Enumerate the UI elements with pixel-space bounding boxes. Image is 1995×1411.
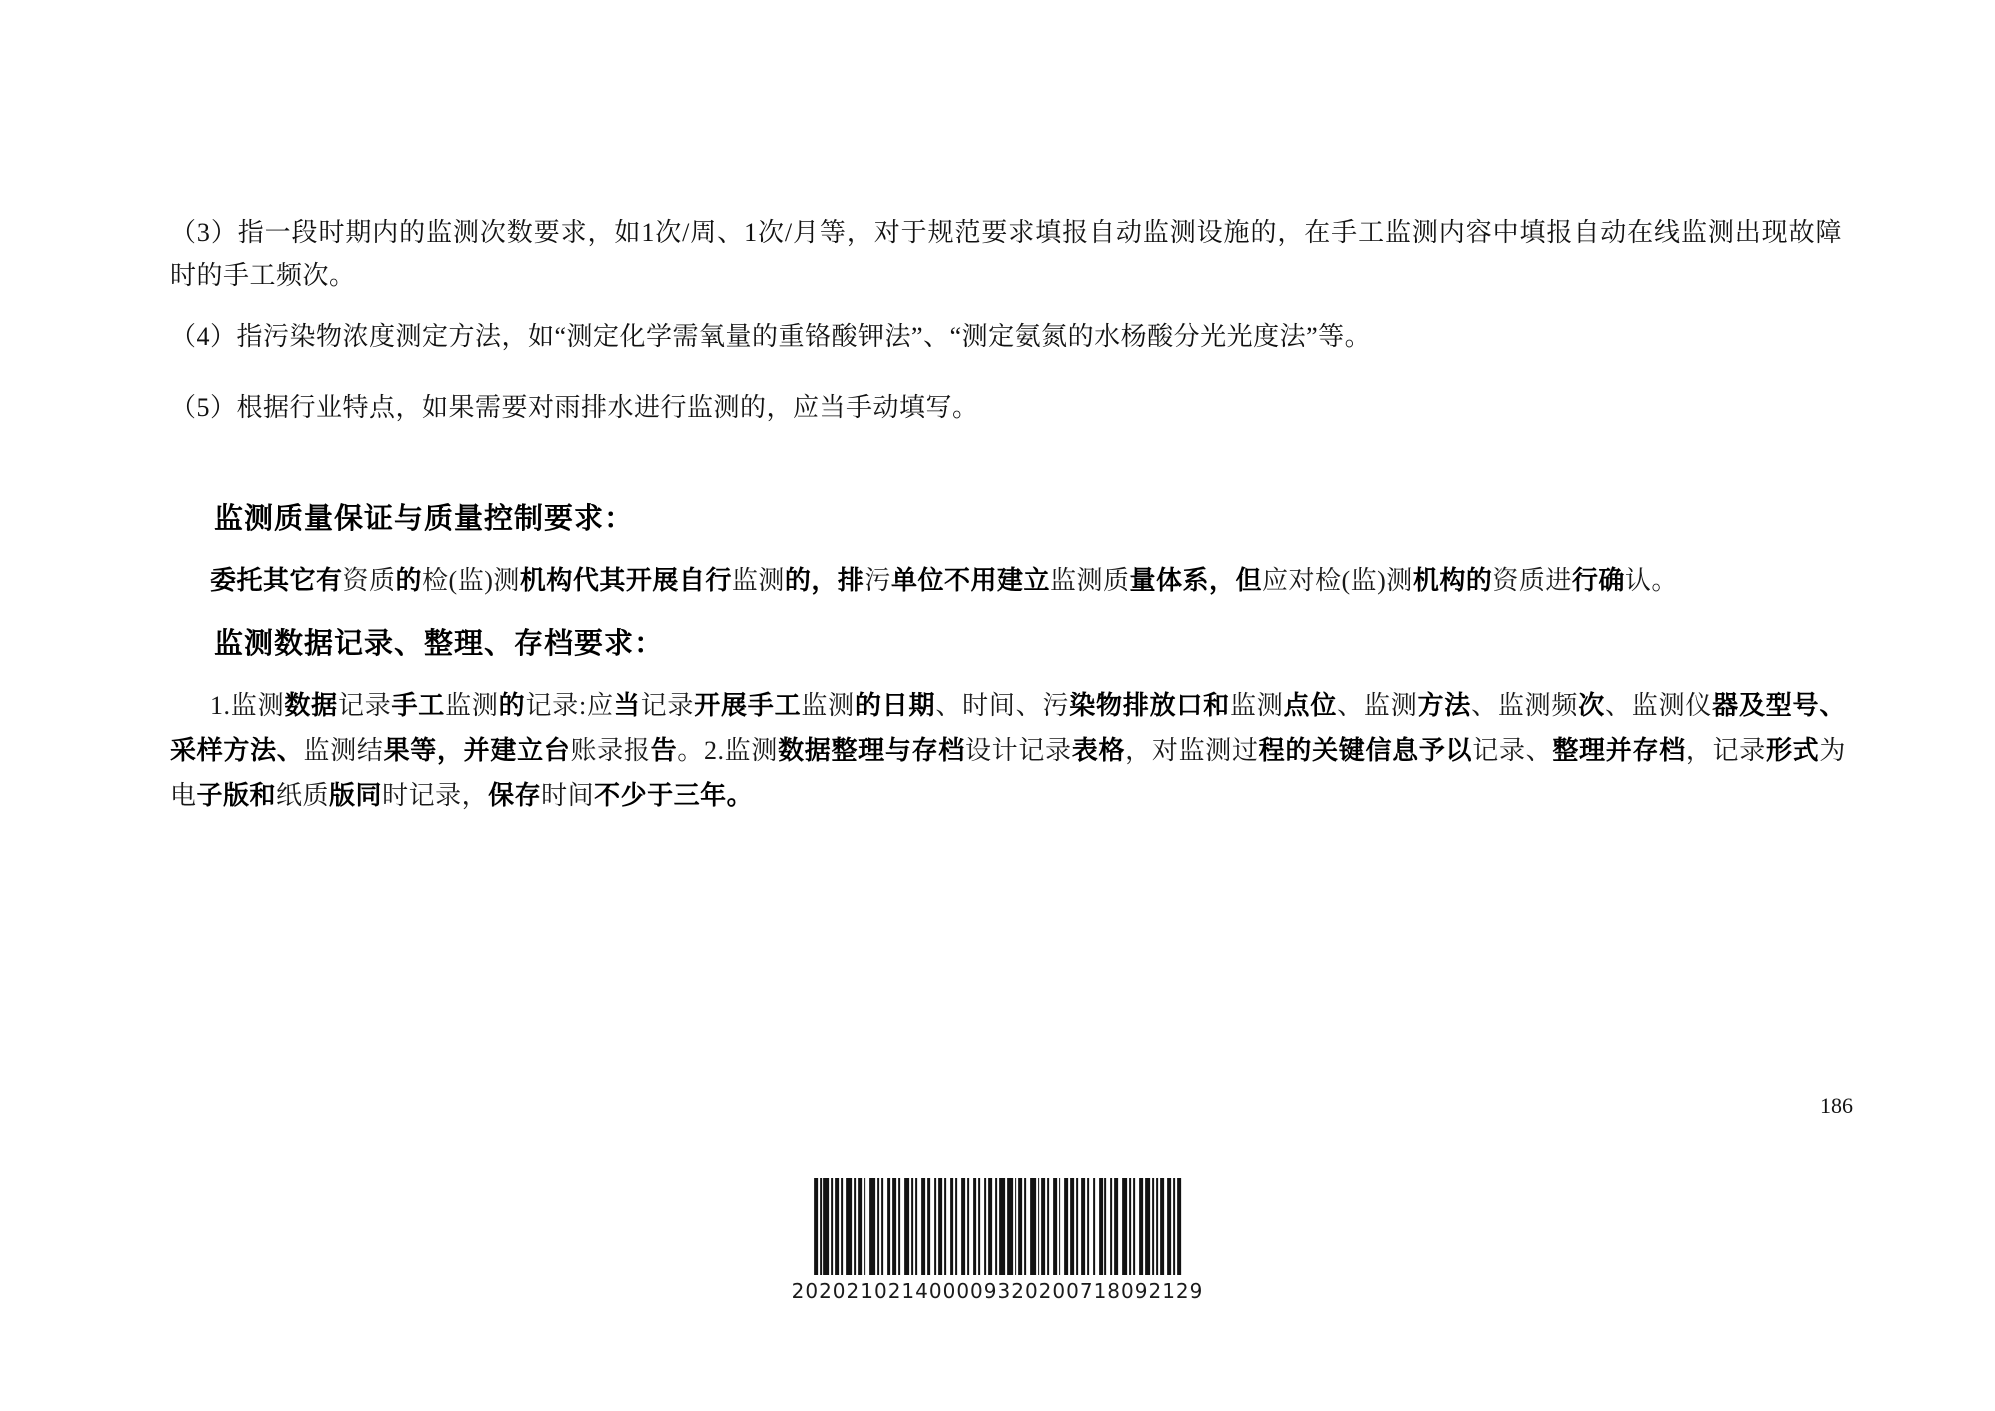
text-segment: 点位 xyxy=(1284,690,1338,720)
text-segment: 机构代其开展自行 xyxy=(520,565,732,595)
text-segment: 。2.监测 xyxy=(677,736,778,765)
text-segment: 委托其它有 xyxy=(210,565,343,595)
text-segment: 保存 xyxy=(488,780,541,810)
text-segment: 监测 xyxy=(1230,691,1284,720)
text-segment: 子版和 xyxy=(197,780,277,810)
text-segment: 开展手工 xyxy=(694,690,801,720)
text-segment: 设计记录 xyxy=(965,736,1072,765)
text-segment: 污 xyxy=(864,566,891,595)
document-page: （3）指一段时期内的监测次数要求，如1次/周、1次/月等，对于规范要求填报自动监… xyxy=(0,0,1995,1411)
text-segment: 机构的 xyxy=(1413,565,1493,595)
text-segment: 的，排 xyxy=(785,565,865,595)
text-segment: ，对监测过 xyxy=(1125,736,1259,765)
text-segment: 、监测仪 xyxy=(1605,691,1712,720)
text-segment: 资质进 xyxy=(1492,566,1572,595)
footnote-3: （3）指一段时期内的监测次数要求，如1次/周、1次/月等，对于规范要求填报自动监… xyxy=(170,211,1842,297)
quality-control-paragraph: 委托其它有资质的检(监)测机构代其开展自行监测的，排污单位不用建立监测质量体系，… xyxy=(170,558,1846,603)
text-segment: 记录:应 xyxy=(525,691,613,720)
text-segment: 单位不用建立 xyxy=(891,565,1050,595)
footnote-4: （4）指污染物浓度测定方法，如“测定化学需氧量的重铬酸钾法”、“测定氨氮的水杨酸… xyxy=(170,315,1842,358)
text-segment: 监测质 xyxy=(1050,566,1130,595)
text-segment: ，记录 xyxy=(1686,736,1766,765)
text-segment: 果等，并建立台 xyxy=(384,735,571,765)
text-segment: 记录 xyxy=(338,691,392,720)
text-segment: 账录报 xyxy=(570,736,650,765)
text-segment: 方法 xyxy=(1417,690,1471,720)
text-segment: 数据整理与存档 xyxy=(778,735,965,765)
text-segment: 、监测频 xyxy=(1471,691,1578,720)
text-segment: 资质 xyxy=(343,566,396,595)
text-segment: 监测结 xyxy=(304,736,384,765)
text-segment: 表格 xyxy=(1072,735,1125,765)
text-segment: 记录、 xyxy=(1472,736,1552,765)
text-segment: 时间 xyxy=(541,781,594,810)
heading-data-records-requirements: 监测数据记录、整理、存档要求： xyxy=(214,624,664,664)
text-segment: 认。 xyxy=(1625,566,1678,595)
text-segment: 监测 xyxy=(732,566,785,595)
text-segment: 1.监测 xyxy=(210,691,284,720)
text-segment: 时记录， xyxy=(382,781,488,810)
barcode-value: 202021021400009320200718092129 xyxy=(792,1279,1204,1303)
text-segment: 形式 xyxy=(1766,735,1819,765)
text-segment: 的 xyxy=(396,565,423,595)
footnote-5: （5）根据行业特点，如果需要对雨排水进行监测的，应当手动填写。 xyxy=(170,386,1842,429)
text-segment: 量体系，但 xyxy=(1129,565,1262,595)
text-segment: 的 xyxy=(499,690,526,720)
text-segment: 纸质 xyxy=(276,781,329,810)
text-segment: 、监测 xyxy=(1337,691,1417,720)
barcode-bars xyxy=(792,1178,1204,1275)
text-segment: 记录 xyxy=(641,691,695,720)
text-segment: 检(监)测 xyxy=(422,566,520,595)
text-segment: 当 xyxy=(614,690,641,720)
text-segment: 整理并存档 xyxy=(1552,735,1686,765)
text-segment: 程的关键信息予以 xyxy=(1259,735,1473,765)
text-segment: 、时间、污 xyxy=(935,691,1069,720)
text-segment: 监测 xyxy=(445,691,499,720)
text-segment: 行确 xyxy=(1572,565,1625,595)
text-segment: 告 xyxy=(651,735,678,765)
text-segment: 数据 xyxy=(284,690,338,720)
data-records-paragraph: 1.监测数据记录手工监测的记录:应当记录开展手工监测的日期、时间、污染物排放口和… xyxy=(170,683,1846,818)
text-segment: 的日期 xyxy=(855,690,935,720)
barcode: 202021021400009320200718092129 xyxy=(792,1178,1204,1303)
text-segment: 次 xyxy=(1578,690,1605,720)
text-segment: 不少于三年。 xyxy=(594,780,753,810)
text-segment: 手工 xyxy=(392,690,446,720)
text-segment: 染物排放口和 xyxy=(1069,690,1230,720)
text-segment: 应对检(监)测 xyxy=(1262,566,1413,595)
heading-quality-control-requirements: 监测质量保证与质量控制要求： xyxy=(214,499,634,539)
page-number: 186 xyxy=(1820,1093,1853,1119)
text-segment: 监测 xyxy=(801,691,855,720)
text-segment: 版同 xyxy=(329,780,382,810)
